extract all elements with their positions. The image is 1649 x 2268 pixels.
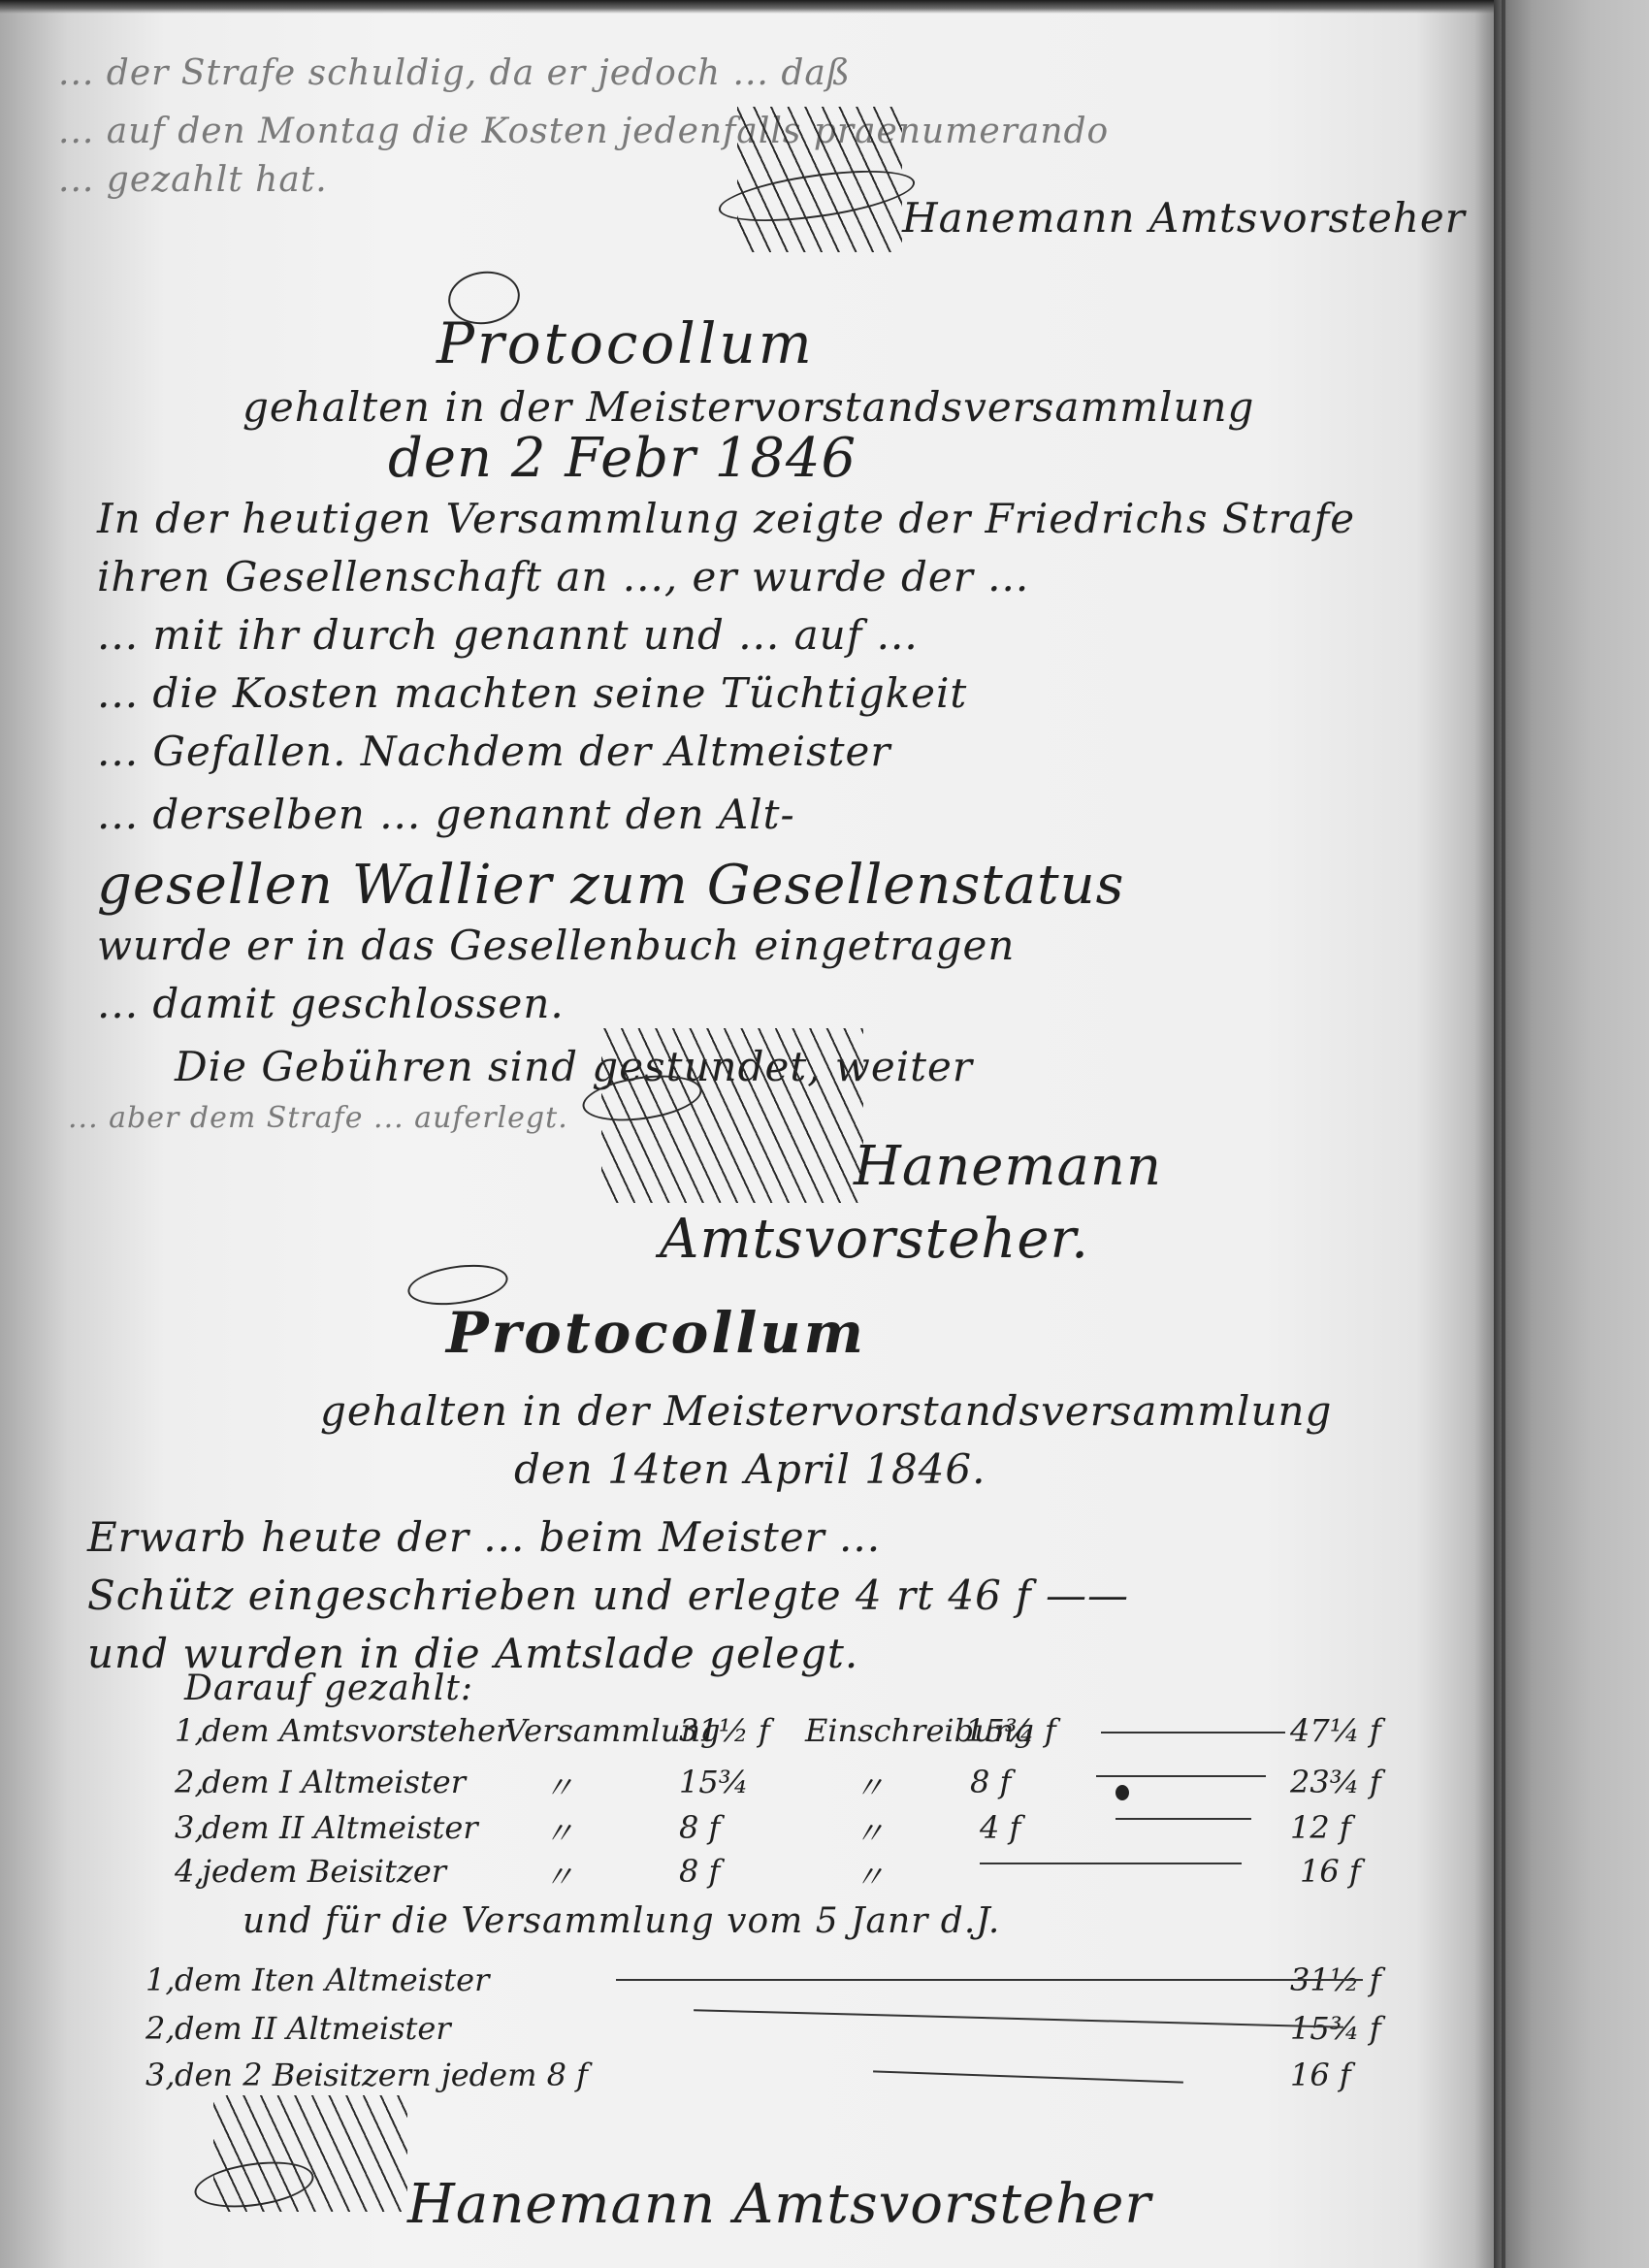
col-a-value: 8 f — [679, 1853, 720, 1890]
leader-line — [1115, 1818, 1251, 1820]
body-line: Erwarb heute der ... beim Meister ... — [87, 1513, 881, 1561]
row-number: 4, — [175, 1853, 205, 1890]
protocol-date: den 2 Febr 1846 — [388, 427, 857, 490]
body-line: ... mit ihr durch genannt und ... auf ..… — [97, 611, 919, 659]
payment-row: 2, dem II Altmeister 15¾ f — [175, 2010, 1445, 2049]
leader-line — [1101, 1732, 1285, 1733]
recipient: dem II Altmeister — [175, 2010, 451, 2047]
body-line: In der heutigen Versammlung zeigte der F… — [97, 495, 1355, 542]
body-line: ... die Kosten machten seine Tüchtigkeit — [97, 669, 967, 717]
protocol-subtitle: gehalten in der Meistervorstandsversamml… — [242, 383, 1254, 431]
row-number: 3, — [145, 2057, 176, 2093]
col-a-value: 31½ f — [679, 1712, 770, 1749]
page-top-edge — [0, 0, 1494, 14]
col-b-label: 〃 — [854, 1853, 885, 1897]
payment-row: 3, den 2 Beisitzern jedem 8 f 16 f — [175, 2057, 1445, 2095]
spine-shadow — [1502, 0, 1505, 2268]
payment-row: 3, dem II Altmeister 〃 8 f 〃 4 f 12 f — [175, 1809, 1445, 1848]
body-line: wurde er in das Gesellenbuch eingetragen — [97, 922, 1015, 969]
continuation-line: ... gezahlt hat. — [58, 160, 328, 200]
recipient: dem II Altmeister — [202, 1809, 478, 1846]
signature-title: Amtsvorsteher. — [660, 1208, 1089, 1271]
signature-name: Hanemann — [854, 1135, 1162, 1198]
payment-row: 4, jedem Beisitzer 〃 8 f 〃 16 f — [175, 1853, 1445, 1892]
protocol-title: Protocollum — [436, 310, 815, 376]
row-number: 2, — [145, 2010, 176, 2047]
col-a-value: 8 f — [679, 1809, 720, 1846]
continuation-line: ... auf den Montag die Kosten jedenfalls… — [58, 112, 1109, 151]
row-total: 16 f — [1300, 1853, 1361, 1890]
row-total: 47¼ f — [1290, 1712, 1381, 1749]
col-b-label: 〃 — [854, 1764, 885, 1808]
leader-line — [980, 1863, 1242, 1864]
body-line: ... derselben ... genannt den Alt- — [97, 791, 795, 838]
row-number: 1, — [175, 1712, 205, 1749]
row-total: 16 f — [1290, 2057, 1351, 2093]
row-number: 3, — [175, 1809, 205, 1846]
row-total: 12 f — [1290, 1809, 1351, 1846]
recipient: dem Iten Altmeister — [175, 1961, 489, 1998]
row-total: 23¾ f — [1290, 1764, 1381, 1800]
ink-blot — [1115, 1785, 1129, 1800]
col-b-label: 〃 — [854, 1809, 885, 1854]
leader-line — [616, 1979, 1363, 1981]
recipient: dem Amtsvorsteher — [202, 1712, 510, 1749]
col-a-label: 〃 — [543, 1853, 574, 1897]
continuation-line: ... der Strafe schuldig, da er jedoch ..… — [58, 53, 851, 93]
col-b-value: 4 f — [980, 1809, 1020, 1846]
body-line: Schütz eingeschrieben und erlegte 4 rt 4… — [87, 1571, 1129, 1619]
protocol-date: den 14ten April 1846. — [514, 1445, 986, 1493]
recipient: dem I Altmeister — [202, 1764, 466, 1800]
body-line: gesellen Wallier zum Gesellenstatus — [97, 854, 1124, 917]
body-line: ... Gefallen. Nachdem der Altmeister — [97, 728, 890, 775]
payment-row: 2, dem I Altmeister 〃 15¾ 〃 8 f 23¾ f — [175, 1764, 1445, 1802]
payment-row: 1, dem Iten Altmeister 31½ f — [175, 1961, 1445, 2000]
signature: Hanemann Amtsvorsteher — [407, 2173, 1151, 2236]
row-number: 2, — [175, 1764, 205, 1800]
protocol-subtitle: gehalten in der Meistervorstandsversamml… — [320, 1387, 1332, 1435]
row-number: 1, — [145, 1961, 176, 1998]
row-total: 15¾ f — [1290, 2010, 1381, 2047]
col-b-value: 15¾ f — [965, 1712, 1056, 1749]
margin-note: ... aber dem Strafe ... auferlegt. — [68, 1101, 568, 1135]
leader-line — [1096, 1775, 1266, 1777]
recipient: jedem Beisitzer — [202, 1853, 446, 1890]
protocol-title: Protocollum — [446, 1300, 866, 1366]
payments-heading: Darauf gezahlt: — [184, 1669, 473, 1708]
book-spine — [1494, 0, 1649, 2268]
col-a-value: 15¾ — [679, 1764, 749, 1800]
col-a-label: 〃 — [543, 1764, 574, 1808]
body-line: ... damit geschlossen. — [97, 980, 565, 1027]
signature: Hanemann Amtsvorsteher — [902, 194, 1466, 242]
col-b-value: 8 f — [970, 1764, 1011, 1800]
col-a-label: 〃 — [543, 1809, 574, 1854]
body-line: ihren Gesellenschaft an ..., er wurde de… — [97, 553, 1029, 600]
recipient: den 2 Beisitzern jedem 8 f — [175, 2057, 588, 2093]
signature-hatching — [737, 107, 902, 252]
second-heading: und für die Versammlung vom 5 Janr d.J. — [242, 1901, 1000, 1941]
